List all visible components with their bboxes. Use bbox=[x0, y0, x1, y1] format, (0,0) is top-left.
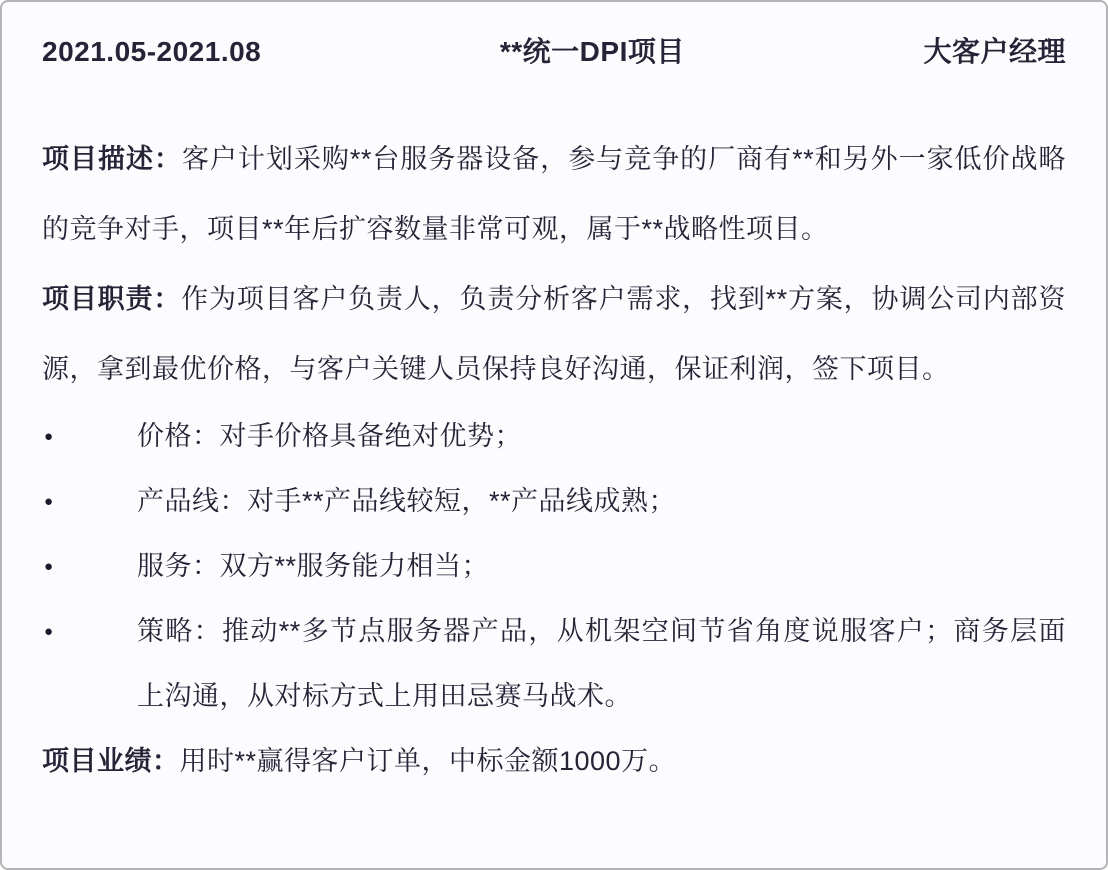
list-item-price: 价格：对手价格具备绝对优势； bbox=[42, 404, 1066, 469]
project-description-text: 客户计划采购**台服务器设备，参与竞争的厂商有**和另外一家低价战略的竞争对手，… bbox=[42, 144, 1066, 244]
project-title: **统一DPI项目 bbox=[500, 36, 685, 68]
project-duties: 项目职责：作为项目客户负责人，负责分析客户需求，找到**方案，协调公司内部资源，… bbox=[42, 264, 1066, 404]
project-date-range: 2021.05-2021.08 bbox=[42, 36, 261, 68]
project-role: 大客户经理 bbox=[923, 36, 1066, 68]
resume-project-page: 2021.05-2021.08 **统一DPI项目 大客户经理 项目描述：客户计… bbox=[0, 0, 1108, 870]
project-achievement: 项目业绩：用时**赢得客户订单，中标金额1000万。 bbox=[42, 729, 1066, 794]
project-duties-label: 项目职责： bbox=[42, 284, 181, 314]
project-achievement-text: 用时**赢得客户订单，中标金额1000万。 bbox=[180, 746, 677, 776]
list-item-service: 服务：双方**服务能力相当； bbox=[42, 534, 1066, 599]
project-duties-text: 作为项目客户负责人，负责分析客户需求，找到**方案，协调公司内部资源，拿到最优价… bbox=[42, 284, 1066, 384]
project-achievement-label: 项目业绩： bbox=[42, 746, 180, 776]
project-header: 2021.05-2021.08 **统一DPI项目 大客户经理 bbox=[42, 36, 1066, 68]
project-description-label: 项目描述： bbox=[42, 144, 182, 174]
list-item-strategy: 策略：推动**多节点服务器产品，从机架空间节省角度说服客户；商务层面上沟通，从对… bbox=[42, 599, 1066, 729]
project-body: 项目描述：客户计划采购**台服务器设备，参与竞争的厂商有**和另外一家低价战略的… bbox=[42, 124, 1066, 794]
key-points-list: 价格：对手价格具备绝对优势； 产品线：对手**产品线较短，**产品线成熟； 服务… bbox=[42, 404, 1066, 729]
list-item-product-line: 产品线：对手**产品线较短，**产品线成熟； bbox=[42, 469, 1066, 534]
project-description: 项目描述：客户计划采购**台服务器设备，参与竞争的厂商有**和另外一家低价战略的… bbox=[42, 124, 1066, 264]
